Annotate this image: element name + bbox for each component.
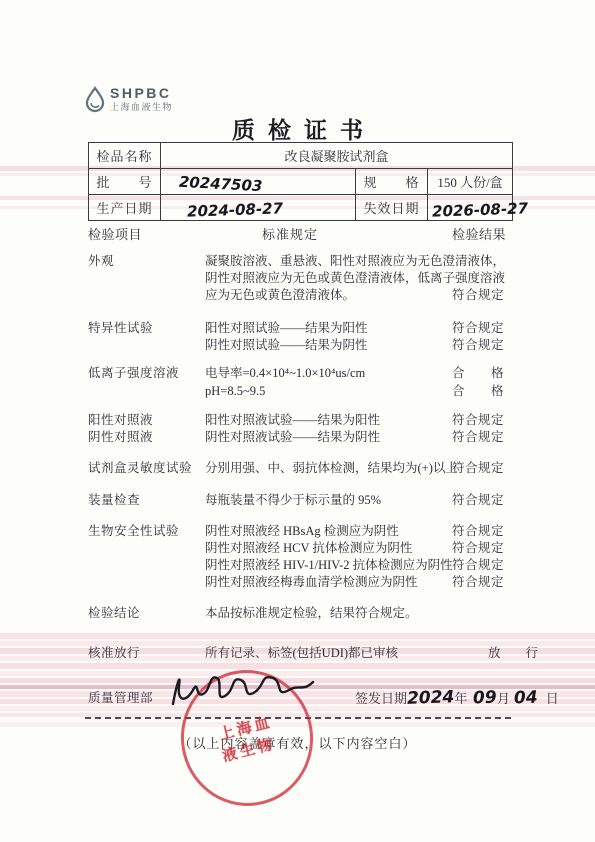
result-text: 符合规定: [452, 574, 542, 590]
company-logo: SHPBC 上海血液生物: [84, 86, 173, 113]
result-text: 符合规定: [452, 557, 542, 573]
header-standard: 标准规定: [165, 227, 415, 243]
result-text: 符合规定: [452, 523, 542, 539]
exp-date-value: 2026-08-27: [428, 195, 513, 221]
batch-label: 批 号: [89, 169, 161, 195]
product-name-value: 改良凝聚胺试剂盒: [161, 143, 513, 169]
release-result: 放 行: [488, 645, 538, 661]
result-text: 合 格: [452, 383, 542, 399]
standard-text: 阴性对照液应为无色或黄色澄清液体，低离子强度溶液: [205, 270, 505, 286]
scanned-certificate-page: { "logo": { "abbr": "SHPBC", "company_cn…: [0, 0, 595, 842]
issue-year-handwritten: 2024: [407, 687, 455, 709]
signature: [165, 664, 325, 714]
item-label: 阳性对照液: [88, 412, 204, 428]
result-text: 符合规定: [452, 460, 542, 476]
result-text: 符合规定: [452, 320, 542, 336]
standard-text: 凝聚胺溶液、重悬液、阳性对照液应为无色澄清液体，: [205, 253, 505, 269]
day-unit: 日: [546, 688, 559, 707]
header-result: 检验结果: [452, 227, 542, 243]
item-label: 装量检查: [88, 492, 204, 508]
issue-month-handwritten: 09: [473, 688, 497, 709]
release-label: 核准放行: [88, 645, 204, 661]
result-text: 符合规定: [452, 429, 542, 445]
result-text: 符合规定: [452, 540, 542, 556]
issue-day-handwritten: 04: [514, 688, 538, 709]
batch-value: 20247503: [161, 169, 356, 195]
droplet-logo-icon: [84, 86, 106, 113]
result-text: 合 格: [452, 365, 542, 381]
table-row: 检品名称 改良凝聚胺试剂盒: [89, 143, 513, 169]
spec-value: 150 人份/盒: [428, 169, 513, 195]
item-label: 试剂盒灵敏度试验: [88, 460, 204, 476]
dept-label: 质量管理部: [88, 690, 204, 706]
table-row: 生产日期 2024-08-27 失效日期 2026-08-27: [89, 195, 513, 221]
item-label: 生物安全性试验: [88, 523, 204, 539]
product-name-label: 检品名称: [89, 143, 161, 169]
exp-date-label: 失效日期: [356, 195, 428, 221]
result-text: 符合规定: [452, 412, 542, 428]
table-row: 批 号 20247503 规 格 150 人份/盒: [89, 169, 513, 195]
item-label: 特异性试验: [88, 320, 204, 336]
item-label: 阴性对照液: [88, 429, 204, 445]
conclusion-label: 检验结论: [88, 605, 204, 621]
month-unit: 月: [497, 688, 510, 707]
company-abbr: SHPBC: [110, 86, 173, 101]
result-text: 符合规定: [452, 492, 542, 508]
dashed-separator: [85, 717, 511, 719]
item-label: 外观: [88, 253, 204, 269]
document-title: 质检证书: [0, 112, 595, 145]
mfg-date-value: 2024-08-27: [161, 195, 356, 221]
result-text: 符合规定: [452, 337, 542, 353]
release-text: 所有记录、标签(包括UDI)都已审核: [205, 645, 505, 661]
result-text: 符合规定: [452, 287, 542, 303]
footer-note: （以上内容盖章有效，以下内容空白）: [0, 733, 595, 752]
issue-date-label: 签发日期: [355, 688, 407, 707]
issue-date-line: 签发日期 2024 年 09 月 04 日: [355, 688, 559, 708]
spec-label: 规 格: [356, 169, 428, 195]
mfg-date-label: 生产日期: [89, 195, 161, 221]
conclusion-text: 本品按标准规定检验，结果符合规定。: [205, 605, 505, 621]
product-info-table: 检品名称 改良凝聚胺试剂盒 批 号 20247503 规 格 150 人份/盒 …: [88, 142, 513, 221]
item-label: 低离子强度溶液: [88, 365, 204, 381]
year-unit: 年: [454, 688, 467, 707]
